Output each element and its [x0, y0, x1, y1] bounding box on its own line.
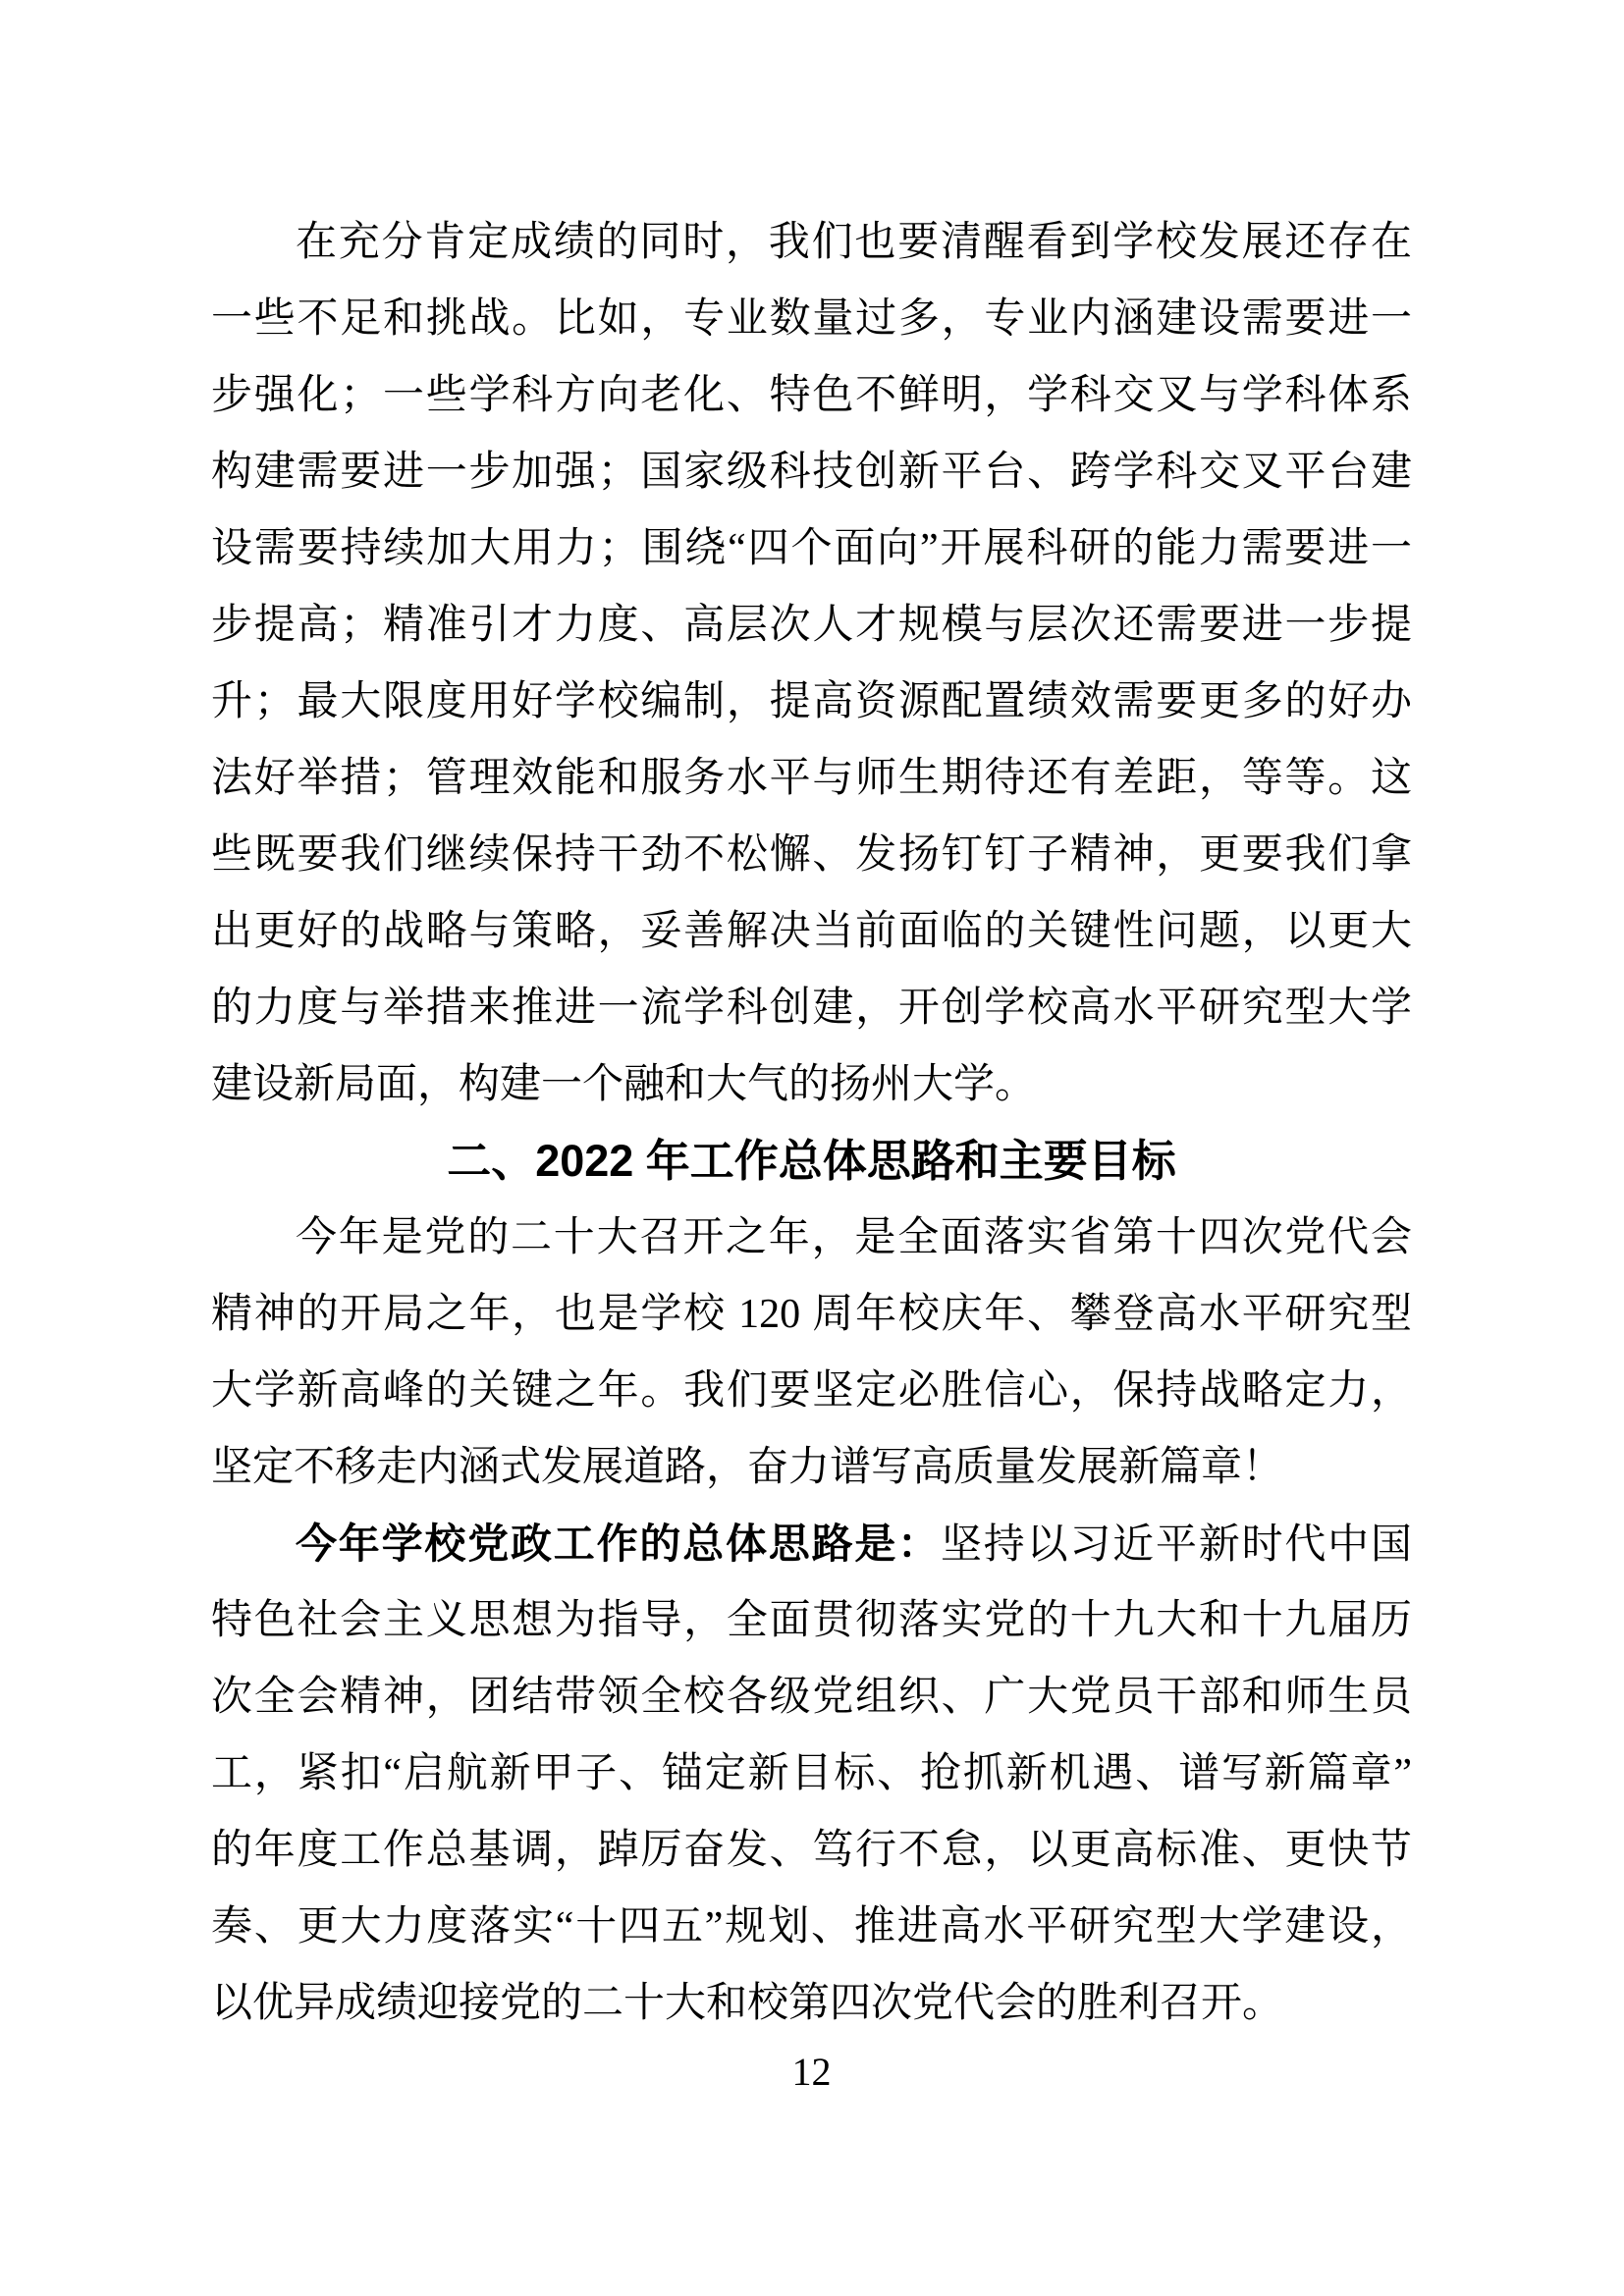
text-line: 次全会精神，团结带领全校各级党组织、广大党员干部和师生员 — [211, 1659, 1412, 1735]
text-line: 步强化；一些学科方向老化、特色不鲜明，学科交叉与学科体系 — [211, 357, 1412, 434]
page-number: 12 — [211, 2042, 1412, 2103]
text-line: 构建需要进一步加强；国家级科技创新平台、跨学科交叉平台建 — [211, 434, 1412, 510]
section-heading: 二、2022 年工作总体思路和主要目标 — [211, 1123, 1412, 1200]
text-line: 升；最大限度用好学校编制，提高资源配置绩效需要更多的好办 — [211, 664, 1412, 740]
text-line: 建设新局面，构建一个融和大气的扬州大学。 — [211, 1046, 1412, 1123]
lead-rest-text: 坚持以习近平新时代中国 — [941, 1522, 1412, 1568]
text-line: 特色社会主义思想为指导，全面贯彻落实党的十九大和十九届历 — [211, 1582, 1412, 1659]
text-line: 以优异成绩迎接党的二十大和校第四次党代会的胜利召开。 — [211, 1965, 1412, 2042]
document-page: 在充分肯定成绩的同时，我们也要清醒看到学校发展还存在 一些不足和挑战。比如，专业… — [0, 0, 1624, 2296]
text-line: 一些不足和挑战。比如，专业数量过多，专业内涵建设需要进一 — [211, 281, 1412, 357]
text-line: 今年是党的二十大召开之年，是全面落实省第十四次党代会 — [211, 1200, 1412, 1276]
text-line: 的力度与举措来推进一流学科创建，开创学校高水平研究型大学 — [211, 970, 1412, 1046]
text-line: 的年度工作总基调，踔厉奋发、笃行不怠，以更高标准、更快节 — [211, 1812, 1412, 1889]
text-line: 今年学校党政工作的总体思路是：坚持以习近平新时代中国 — [211, 1506, 1412, 1582]
bold-lead-text: 今年学校党政工作的总体思路是： — [296, 1521, 941, 1567]
text-line: 精神的开局之年，也是学校 120 周年校庆年、攀登高水平研究型 — [211, 1276, 1412, 1353]
text-line: 大学新高峰的关键之年。我们要坚定必胜信心，保持战略定力， — [211, 1353, 1412, 1429]
page-content: 在充分肯定成绩的同时，我们也要清醒看到学校发展还存在 一些不足和挑战。比如，专业… — [211, 204, 1412, 2103]
text-line: 出更好的战略与策略，妥善解决当前面临的关键性问题，以更大 — [211, 893, 1412, 970]
text-line: 法好举措；管理效能和服务水平与师生期待还有差距，等等。这 — [211, 740, 1412, 817]
text-line: 步提高；精准引才力度、高层次人才规模与层次还需要进一步提 — [211, 587, 1412, 664]
text-line: 设需要持续加大用力；围绕“四个面向”开展科研的能力需要进一 — [211, 510, 1412, 587]
text-line: 奏、更大力度落实“十四五”规划、推进高水平研究型大学建设， — [211, 1889, 1412, 1965]
text-line: 些既要我们继续保持干劲不松懈、发扬钉钉子精神，更要我们拿 — [211, 817, 1412, 893]
text-line: 工，紧扣“启航新甲子、锚定新目标、抢抓新机遇、谱写新篇章” — [211, 1735, 1412, 1812]
text-line: 坚定不移走内涵式发展道路，奋力谱写高质量发展新篇章！ — [211, 1429, 1412, 1506]
text-line: 在充分肯定成绩的同时，我们也要清醒看到学校发展还存在 — [211, 204, 1412, 281]
